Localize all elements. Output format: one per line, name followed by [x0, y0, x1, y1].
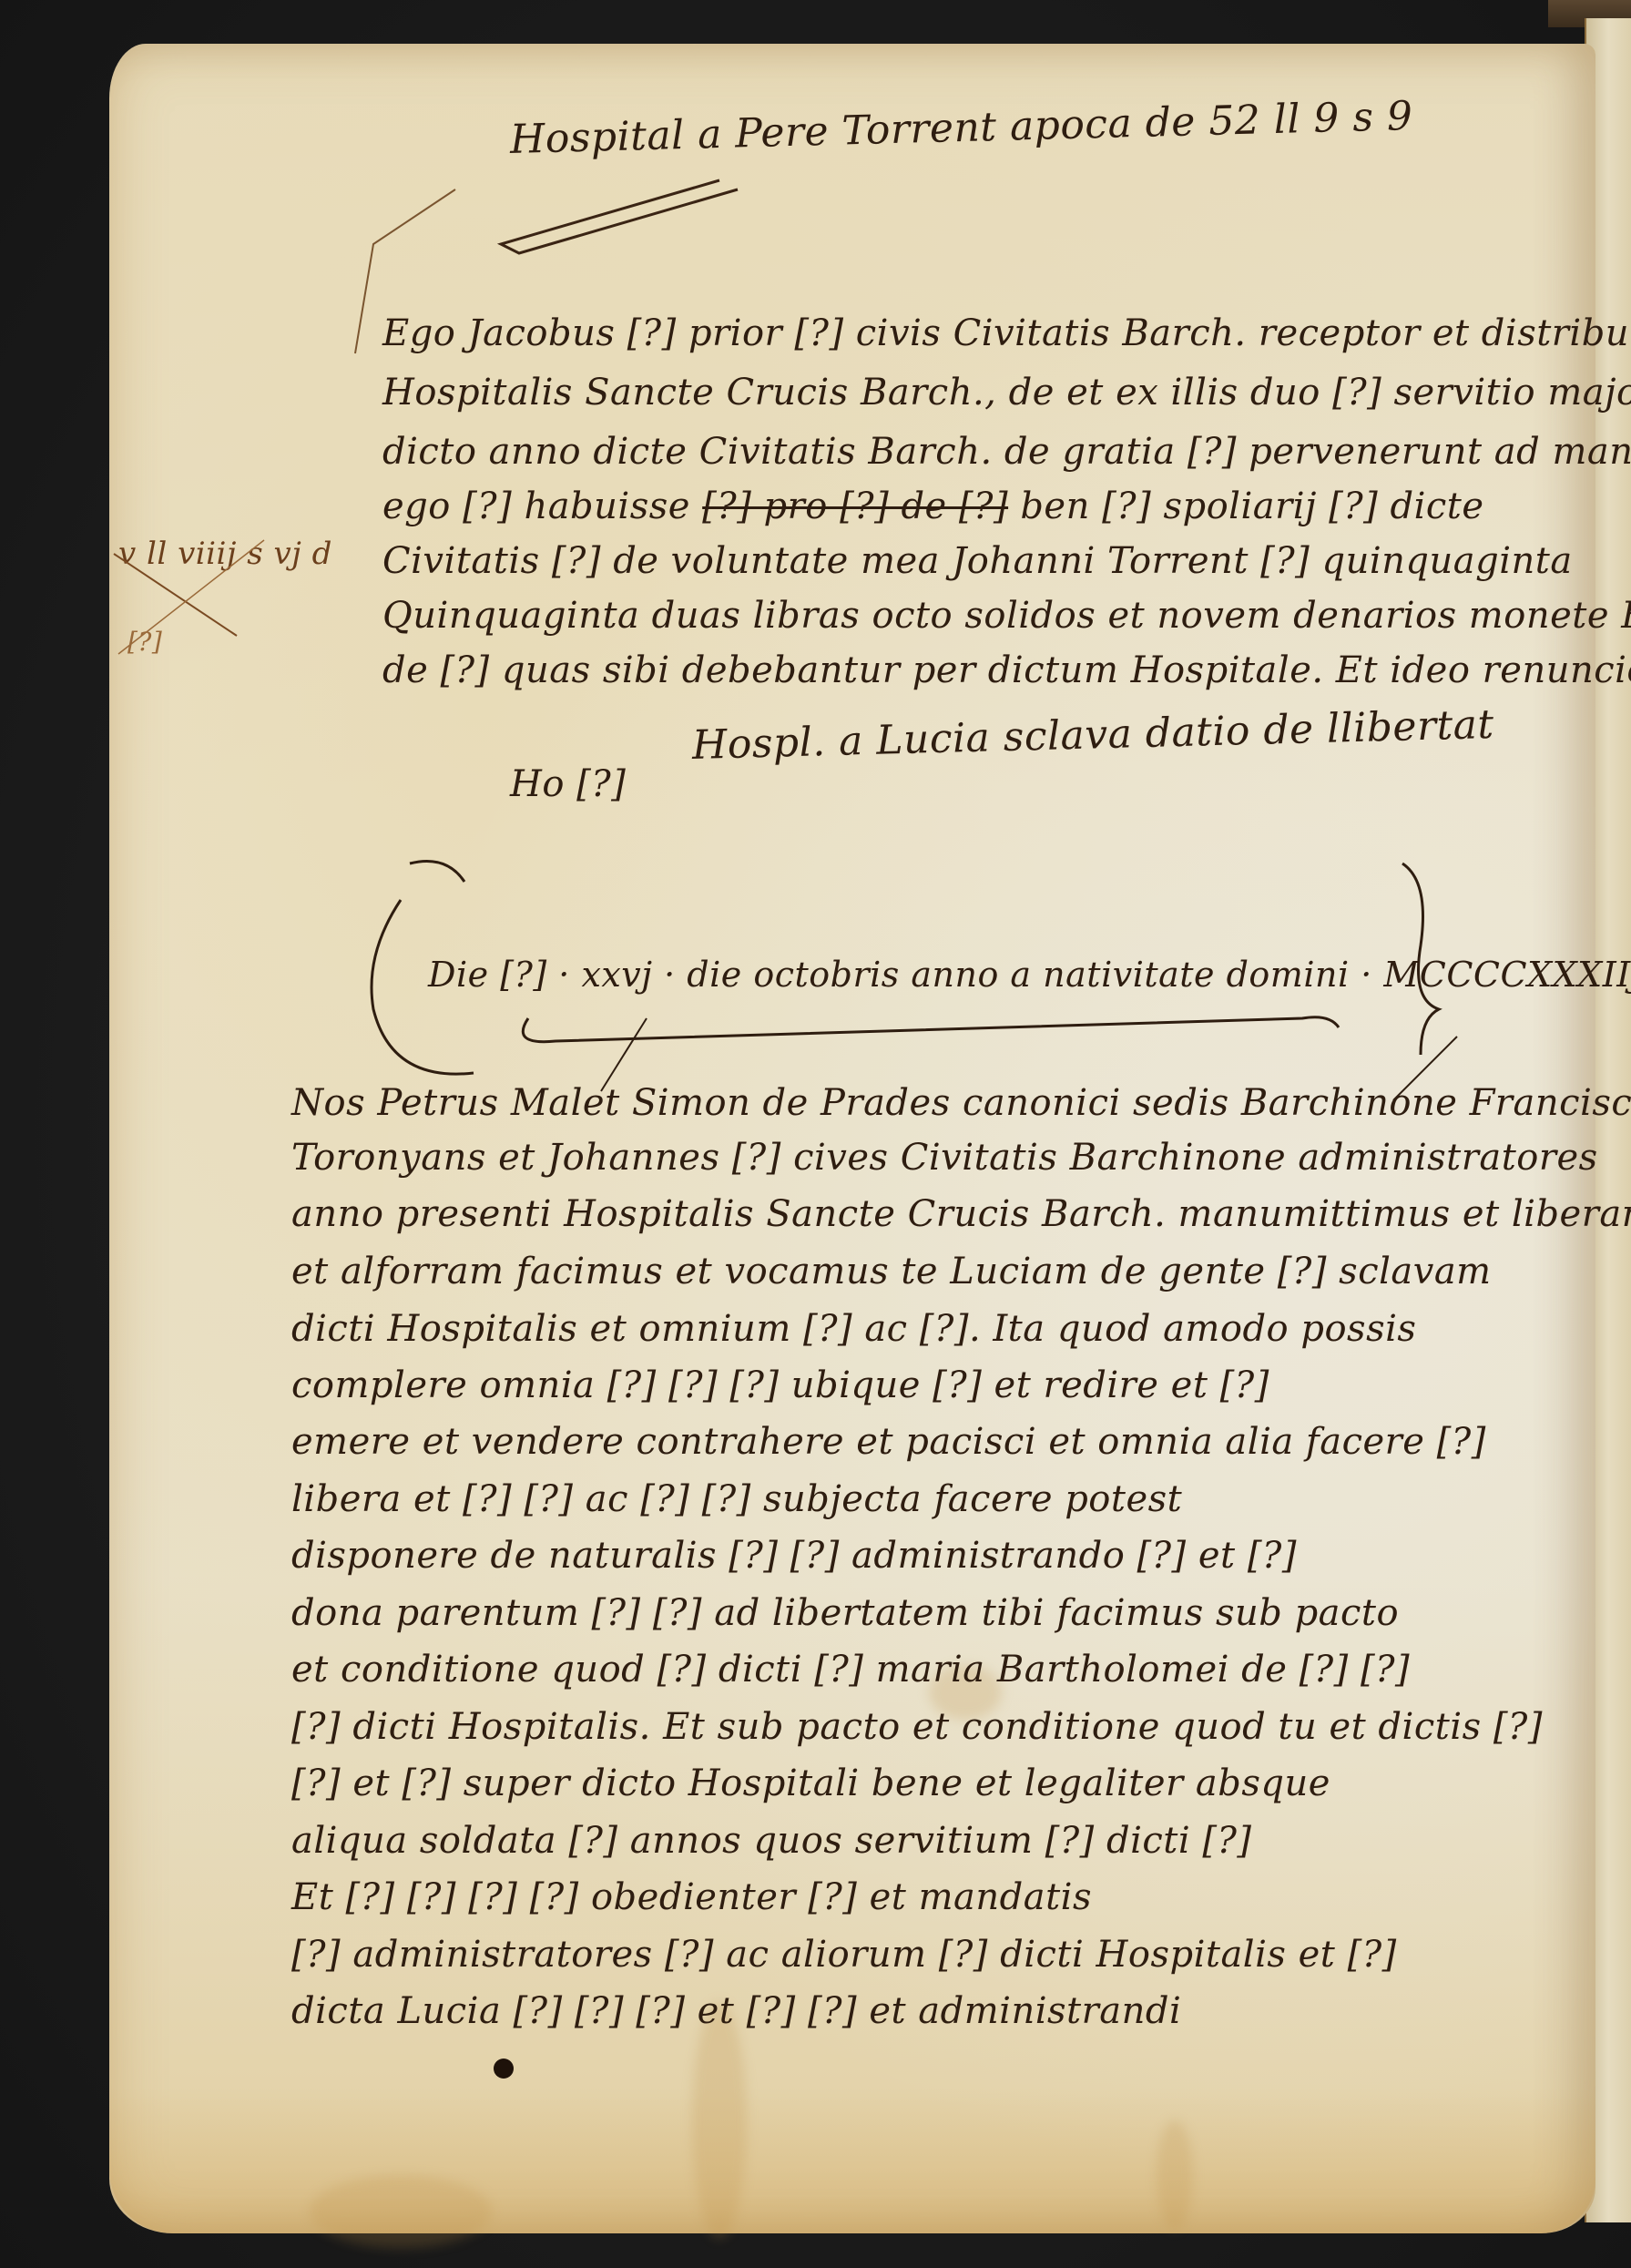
entry1-line: Ego Jacobus [?] prior [?] civis Civitati… [382, 312, 1631, 354]
entry3-line: disponere de naturalis [?] [?] administr… [291, 1535, 1297, 1577]
margin-note: v ll viiij s vj d [118, 536, 332, 572]
entry3-line: complere omnia [?] [?] [?] ubique [?] et… [291, 1364, 1269, 1406]
initial-flourish [337, 171, 792, 390]
water-stain [692, 2002, 747, 2239]
entry3-line: Et [?] [?] [?] [?] obedienter [?] et man… [291, 1876, 1092, 1918]
entry3-line: Nos Petrus Malet Simon de Prades canonic… [291, 1082, 1631, 1124]
entry1-line: ego [?] habuisse [?] pro [?] de [?] ben … [382, 485, 1484, 527]
entry3-line: [?] et [?] super dicto Hospitali bene et… [291, 1762, 1330, 1804]
entry3-line: emere et vendere contrahere et pacisci e… [291, 1421, 1486, 1463]
ink-blot [494, 2059, 514, 2079]
entry1-line: Quinquaginta duas libras octo solidos et… [382, 595, 1631, 637]
margin-subnote: [?] [127, 627, 162, 657]
entry1-line-end: ben [?] spoliarij [?] dicte [1020, 485, 1483, 527]
manuscript-page: Hospital a Pere Torrent apoca de 52 ll 9… [109, 44, 1595, 2233]
entry3-line: libera et [?] [?] ac [?] [?] subjecta fa… [291, 1478, 1182, 1520]
entry1-line: dicto anno dicte Civitatis Barch. de gra… [382, 431, 1631, 473]
entry3-line: [?] administratores [?] ac aliorum [?] d… [291, 1934, 1397, 1976]
struck-text: [?] pro [?] de [?] [702, 485, 1008, 527]
entry3-line: et alforram facimus et vocamus te Luciam… [291, 1251, 1492, 1292]
entry3-line: aliqua soldata [?] annos quos servitium … [291, 1820, 1252, 1862]
water-stain [1157, 2120, 1193, 2230]
entry1-line: de [?] quas sibi debebantur per dictum H… [382, 649, 1631, 691]
entry1-line-start: ego [?] habuisse [382, 485, 690, 527]
entry3-line: dona parentum [?] [?] ad libertatem tibi… [291, 1592, 1399, 1634]
entry3-line: et conditione quod [?] dicti [?] maria B… [291, 1649, 1410, 1691]
entry2-prefix: Ho [?] [510, 763, 626, 805]
date-line: Die [?] · xxvj · die octobris anno a nat… [428, 955, 1631, 995]
entry2-heading: Hospl. a Lucia sclava datio de llibertat [691, 701, 1494, 769]
entry3-line: dicta Lucia [?] [?] [?] et [?] [?] et ad… [291, 1990, 1181, 2032]
entry3-line: anno presenti Hospitalis Sancte Crucis B… [291, 1193, 1631, 1235]
entry1-line: Hospitalis Sancte Crucis Barch., de et e… [382, 372, 1631, 414]
entry3-line: Toronyans et Johannes [?] cives Civitati… [291, 1137, 1598, 1179]
entry3-line: [?] dicti Hospitalis. Et sub pacto et co… [291, 1706, 1543, 1748]
entry1-line: Civitatis [?] de voluntate mea Johanni T… [382, 540, 1573, 582]
entry3-line: dicti Hospitalis et omnium [?] ac [?]. I… [291, 1308, 1416, 1350]
entry1-heading: Hospital a Pere Torrent apoca de 52 ll 9… [509, 93, 1413, 163]
water-stain [310, 2175, 492, 2248]
